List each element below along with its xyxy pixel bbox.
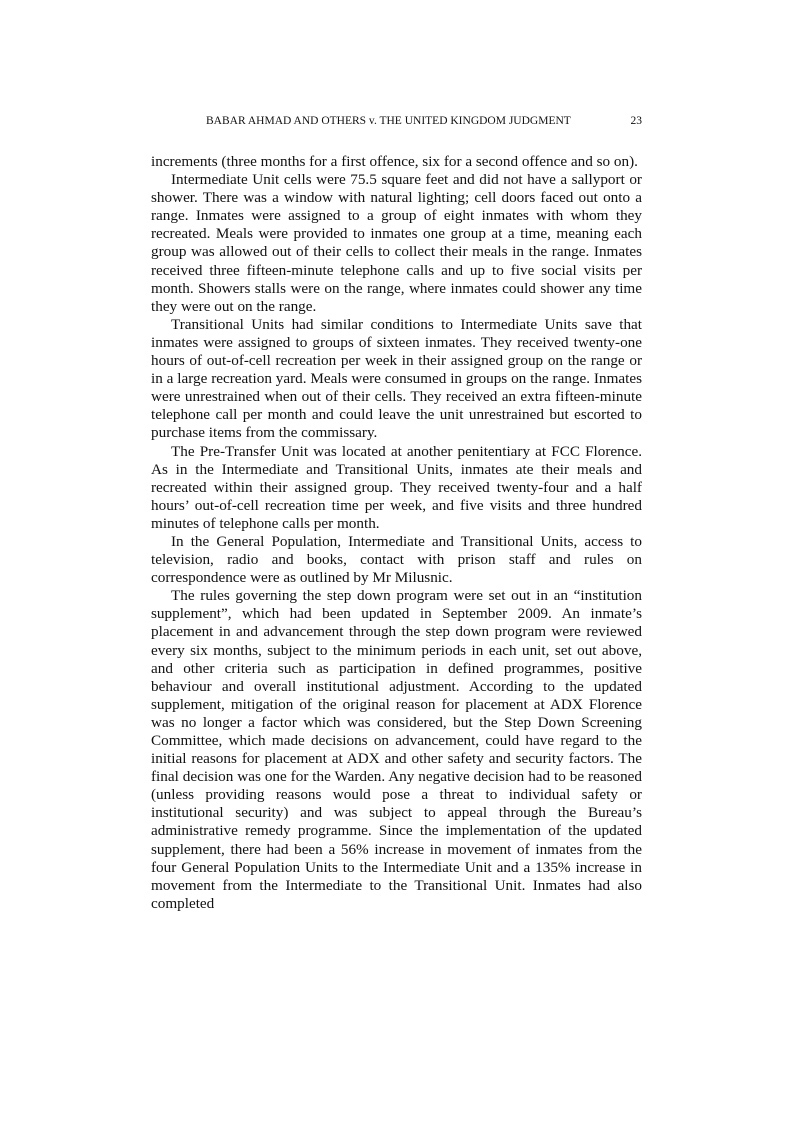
running-header-title: BABAR AHMAD AND OTHERS v. THE UNITED KIN… (206, 113, 571, 129)
paragraph-intermediate-unit: Intermediate Unit cells were 75.5 square… (151, 171, 642, 316)
page-number: 23 (631, 113, 643, 129)
paragraph-continuation: increments (three months for a first off… (151, 153, 642, 171)
running-header: BABAR AHMAD AND OTHERS v. THE UNITED KIN… (151, 113, 642, 129)
body-text: increments (three months for a first off… (151, 153, 642, 913)
paragraph-step-down-rules: The rules governing the step down progra… (151, 587, 642, 913)
paragraph-transitional-units: Transitional Units had similar condition… (151, 316, 642, 443)
document-page: BABAR AHMAD AND OTHERS v. THE UNITED KIN… (0, 0, 794, 1123)
paragraph-general-population: In the General Population, Intermediate … (151, 533, 642, 587)
paragraph-pre-transfer-unit: The Pre-Transfer Unit was located at ano… (151, 443, 642, 533)
